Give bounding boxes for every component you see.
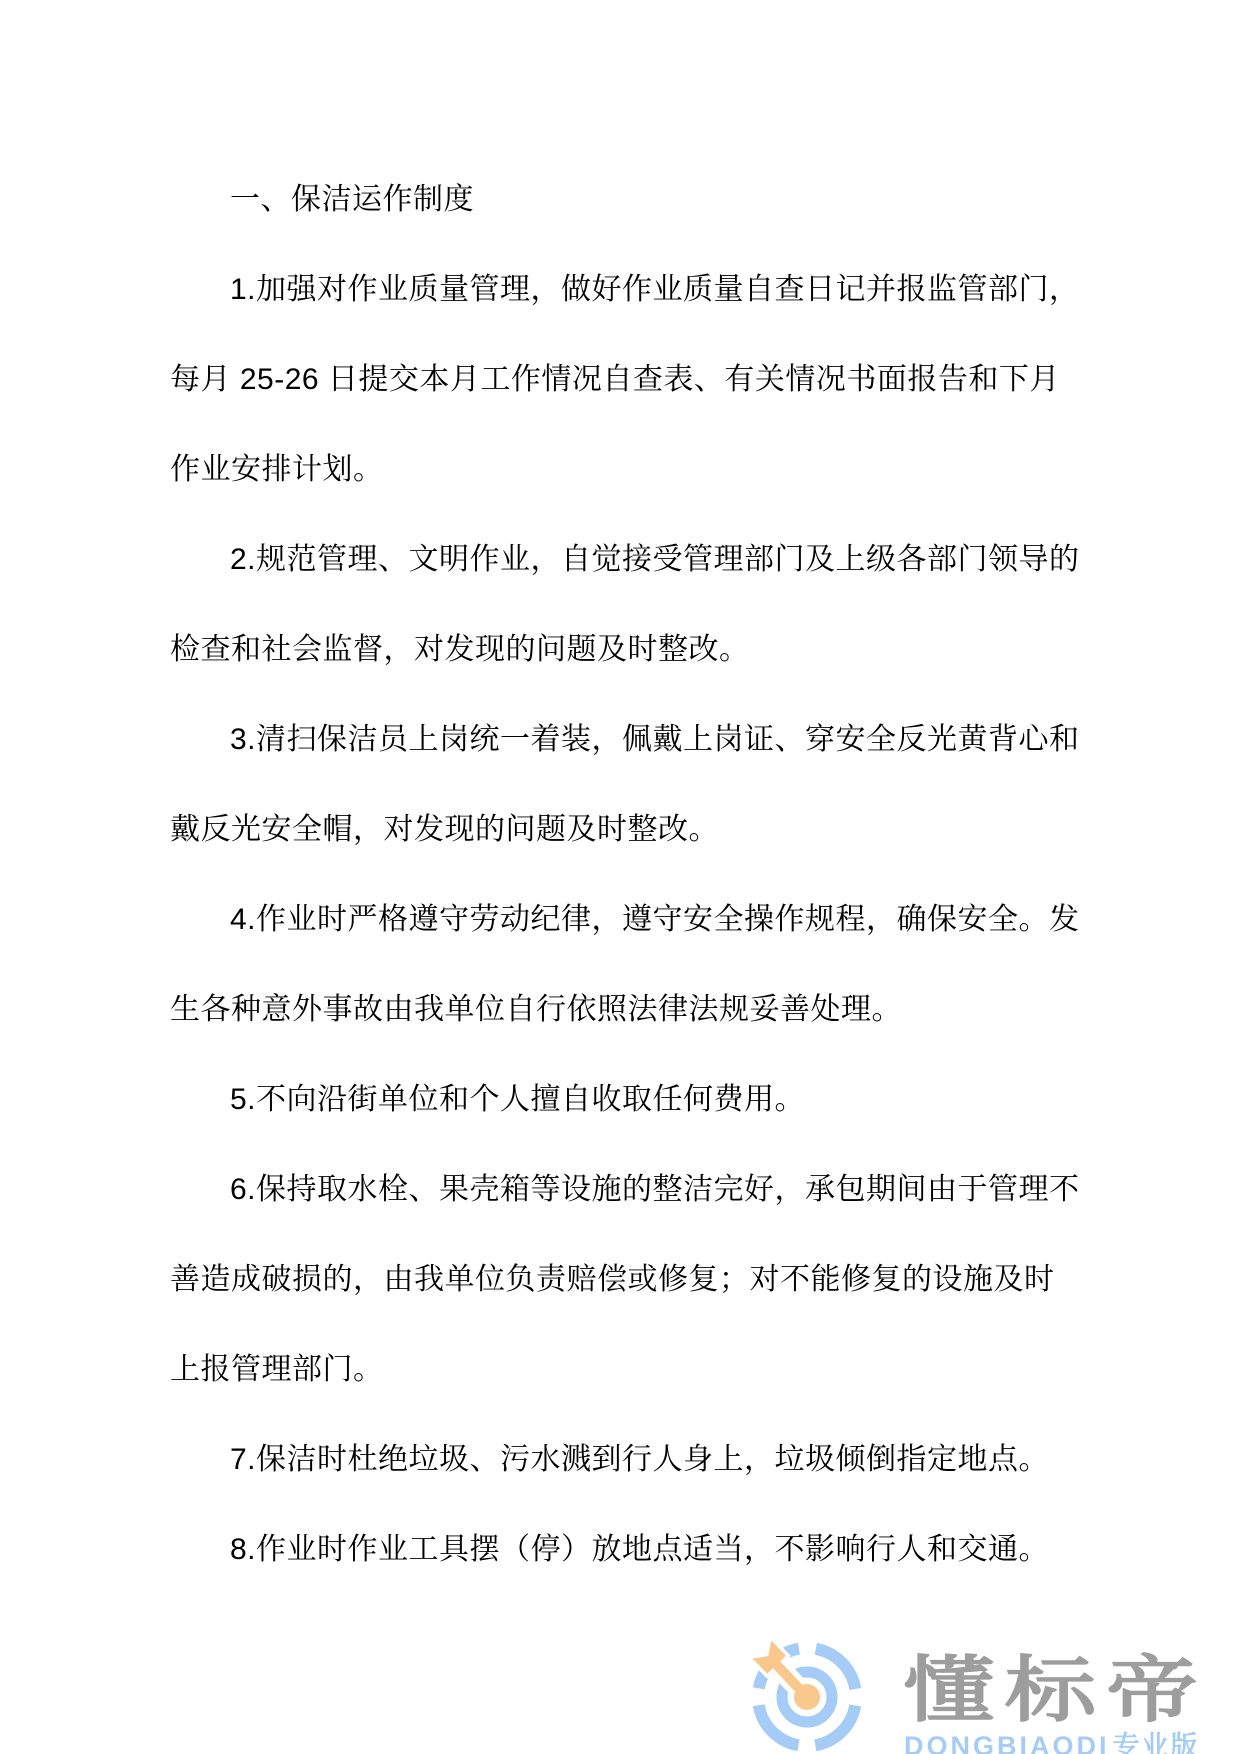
text-line: 上报管理部门。 (170, 1325, 1090, 1415)
target-arrow-icon (745, 1635, 869, 1754)
watermark-brand-latin: DONGBIAODI (904, 1731, 1110, 1754)
text-line: 2.规范管理、文明作业，自觉接受管理部门及上级各部门领导的 (170, 515, 1090, 605)
target-outer-ring (758, 1648, 856, 1746)
text-line: 每月 25-26 日提交本月工作情况自查表、有关情况书面报告和下月 (170, 335, 1090, 425)
arrow-shaft (773, 1661, 807, 1697)
arrow-fletch (753, 1641, 786, 1674)
text-line: 生各种意外事故由我单位自行依照法律法规妥善处理。 (170, 965, 1090, 1055)
text-line: 3.清扫保洁员上岗统一着装，佩戴上岗证、穿安全反光黄背心和 (170, 695, 1090, 785)
bullseye-dot (794, 1684, 820, 1710)
text-line: 一、保洁运作制度 (170, 155, 1090, 245)
text-line: 作业安排计划。 (170, 425, 1090, 515)
document-page: 一、保洁运作制度1.加强对作业质量管理，做好作业质量自查日记并报监管部门，每月 … (0, 0, 1241, 1754)
text-line: 戴反光安全帽，对发现的问题及时整改。 (170, 785, 1090, 875)
text-line: 检查和社会监督，对发现的问题及时整改。 (170, 605, 1090, 695)
text-line: 5.不向沿街单位和个人擅自收取任何费用。 (170, 1055, 1090, 1145)
text-line: 7.保洁时杜绝垃圾、污水溅到行人身上，垃圾倾倒指定地点。 (170, 1415, 1090, 1505)
bullseye-casing (788, 1678, 826, 1716)
document-body: 一、保洁运作制度1.加强对作业质量管理，做好作业质量自查日记并报监管部门，每月 … (170, 155, 1090, 1595)
text-line: 6.保持取水栓、果壳箱等设施的整洁完好，承包期间由于管理不 (170, 1145, 1090, 1235)
text-line: 4.作业时严格遵守劳动纪律，遵守安全操作规程，确保安全。发 (170, 875, 1090, 965)
arrow-casing (771, 1659, 807, 1697)
watermark-edition-label: 专业版 (1113, 1731, 1200, 1754)
text-line: 1.加强对作业质量管理，做好作业质量自查日记并报监管部门， (170, 245, 1090, 335)
watermark-brand-name: 懂标帝 (903, 1655, 1208, 1727)
text-line: 善造成破损的，由我单位负责赔偿或修复；对不能修复的设施及时 (170, 1235, 1090, 1325)
text-line: 8.作业时作业工具摆（停）放地点适当，不影响行人和交通。 (170, 1505, 1090, 1595)
target-inner-ring (782, 1672, 832, 1722)
watermark-subtitle: DONGBIAODI专业版 (904, 1733, 1200, 1754)
